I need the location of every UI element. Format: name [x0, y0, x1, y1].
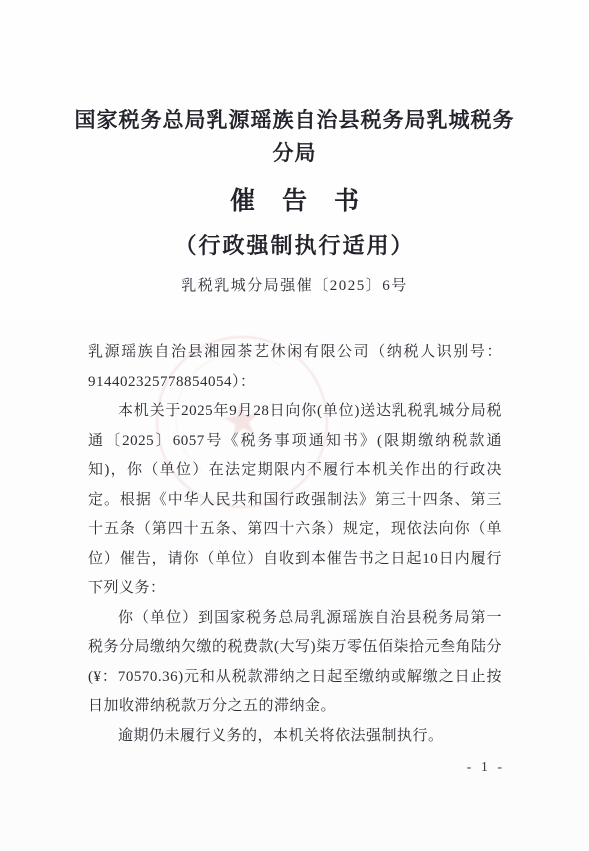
issuing-authority-line2: 分局 — [65, 137, 525, 170]
document-scope-subtitle: （行政强制执行适用） — [0, 229, 589, 260]
issuing-authority-title: 国家税务总局乳源瑶族自治县税务局乳城税务 分局 — [65, 104, 525, 170]
document-body: 乳源瑶族自治县湘园茶艺休闲有限公司（纳税人识别号：914402325778854… — [88, 338, 502, 751]
document-reference-number: 乳税乳城分局强催〔2025〕6号 — [0, 274, 589, 295]
document-type-title: 催告书 — [0, 181, 589, 217]
scanned-document-page: 国家税务总局乳源瑶族自治县税务局乳城税务 分局 催告书 （行政强制执行适用） 乳… — [0, 0, 589, 851]
body-paragraph: 逾期仍未履行义务的，本机关将依法强制执行。 — [88, 722, 502, 752]
body-paragraph: 本机关于2025年9月28日向你(单位)送达乳税乳城分局税通〔2025〕6057… — [88, 397, 502, 604]
page-number: - 1 - — [467, 760, 505, 776]
issuing-authority-line1: 国家税务总局乳源瑶族自治县税务局乳城税务 — [65, 104, 525, 137]
document-header: 国家税务总局乳源瑶族自治县税务局乳城税务 分局 催告书 （行政强制执行适用） 乳… — [0, 0, 589, 295]
body-paragraph: 你（单位）到国家税务总局乳源瑶族自治县税务局第一税务分局缴纳欠缴的税费款(大写)… — [88, 604, 502, 722]
body-paragraph: 乳源瑶族自治县湘园茶艺休闲有限公司（纳税人识别号：914402325778854… — [88, 338, 502, 397]
